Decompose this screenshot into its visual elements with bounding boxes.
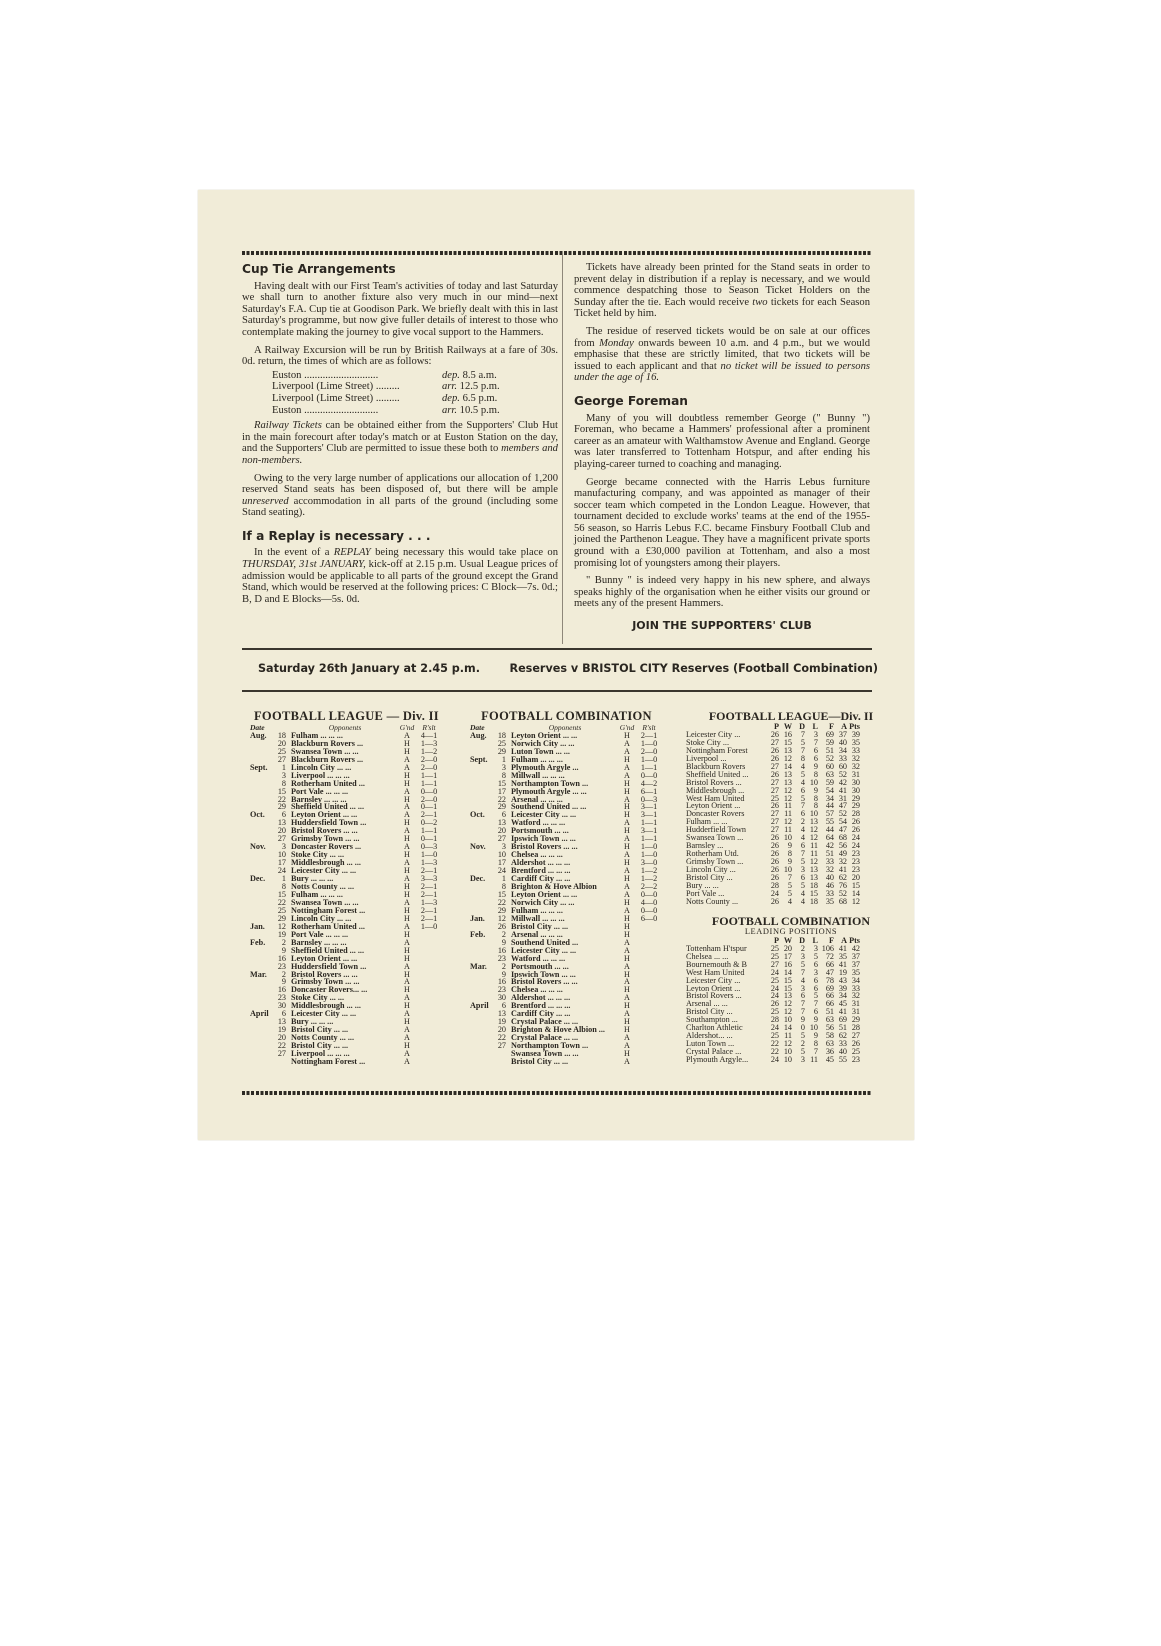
foreman-para-1: Many of you will doubtless remember Geor…	[574, 413, 870, 471]
fixture-month	[250, 899, 272, 907]
fixture-row: Dec.1Cardiff City ... ...H1—2	[470, 875, 663, 883]
combination-table-title: FOOTBALL COMBINATION	[686, 918, 896, 926]
foreman-para-2: George became connected with the Harris …	[574, 477, 870, 570]
stat-value: 23	[847, 1056, 860, 1064]
fixture-date: Saturday 26th January at 2.45 p.m.	[258, 662, 480, 675]
replay-para: In the event of a REPLAY being necessary…	[242, 547, 558, 605]
fixture-opponent: Leicester City ... ...	[511, 811, 619, 819]
fixture-month	[250, 859, 272, 867]
fixture-opponent: Brentford ... ... ...	[511, 1002, 619, 1010]
replay-text-a: In the event of a	[254, 547, 334, 558]
team-name: Fulham ... ...	[686, 818, 766, 826]
fixture-month: Jan.	[470, 915, 492, 923]
fixture-month: Mar.	[470, 963, 492, 971]
fixture-opponent: Southend United ...	[511, 939, 619, 947]
fixture-result	[635, 986, 663, 994]
cup-tie-para-1: Having dealt with our First Team's activ…	[242, 281, 558, 339]
fixture-opponent: Grimsby Town ... ...	[291, 978, 399, 986]
fixture-opponent: Norwich City ... ...	[511, 899, 619, 907]
fixture-result	[415, 931, 443, 939]
fixture-row: Feb.2Barnsley ... ... ...A	[250, 939, 443, 947]
fixture-result	[415, 994, 443, 1002]
fixture-row: Swansea Town ... ...H	[470, 1050, 663, 1058]
fixture-month	[250, 748, 272, 756]
fixture-month	[470, 1058, 492, 1066]
fixture-opponent: Brighton & Hove Albion ...	[511, 1026, 619, 1034]
fixture-result	[415, 963, 443, 971]
team-name: Southampton ...	[686, 1016, 766, 1024]
league-fixtures-table: FOOTBALL LEAGUE — Div. II Date Opponents…	[250, 713, 443, 1066]
fixture-month	[470, 939, 492, 947]
team-name: Bristol Rovers ...	[686, 992, 766, 1000]
team-header	[686, 937, 766, 945]
fixture-result	[415, 978, 443, 986]
fixture-month: Jan.	[250, 923, 272, 931]
dep-arr: arr.	[442, 405, 460, 416]
team-name: Doncaster Rovers	[686, 810, 766, 818]
fixture-row: 27Ipswich Town ... ...A1—1	[470, 835, 663, 843]
team-name: Crystal Palace ...	[686, 1048, 766, 1056]
team-name: Leyton Orient ...	[686, 985, 766, 993]
fixture-result	[415, 1042, 443, 1050]
fixture-opponent: Swansea Town ... ...	[291, 899, 399, 907]
table-row: Plymouth Argyle...2410311455523	[686, 1056, 896, 1064]
fixture-month: April	[470, 1002, 492, 1010]
fixture-result	[415, 1050, 443, 1058]
fixture-opponent: Rotherham United ...	[291, 780, 399, 788]
fixture-opponent: Plymouth Argyle ... ...	[511, 788, 619, 796]
fixture-opponent: Northampton Town ...	[511, 1042, 619, 1050]
timetable-row: Euston ............................arr. …	[272, 405, 512, 417]
fixture-opponent: Doncaster Rovers ...	[291, 843, 399, 851]
fixture-opponent: Bristol City ... ...	[291, 1042, 399, 1050]
allocation-italic: unreserved	[242, 496, 289, 507]
fixture-result	[635, 939, 663, 947]
fixture-month	[250, 796, 272, 804]
fixture-opponent: Chelsea ... ... ...	[511, 851, 619, 859]
station: Liverpool (Lime Street) .........	[272, 381, 400, 393]
fixture-opponent: Arsenal ... ... ...	[511, 931, 619, 939]
fixture-month	[250, 1018, 272, 1026]
fixture-month	[250, 851, 272, 859]
fixture-opponent: Nottingham Forest ...	[291, 907, 399, 915]
fixture-month: Oct.	[470, 811, 492, 819]
fixture-result	[415, 1018, 443, 1026]
table-row: Notts County ...264418356812	[686, 898, 896, 906]
fixture-month	[250, 955, 272, 963]
fixture-opponent: Barnsley ... ... ...	[291, 796, 399, 804]
fixture-month: Mar.	[250, 971, 272, 979]
fixture-result	[415, 1058, 443, 1066]
fixture-match: Reserves v BRISTOL CITY Reserves (Footba…	[509, 662, 878, 675]
fixture-opponent: Chelsea ... ... ...	[511, 986, 619, 994]
railway-tickets-para: Railway Tickets can be obtained either f…	[242, 420, 558, 466]
fixture-month	[250, 1058, 272, 1066]
timetable-row: Euston ............................dep. …	[272, 370, 512, 382]
fixture-month: Dec.	[250, 875, 272, 883]
team-name: West Ham United	[686, 795, 766, 803]
team-name: Plymouth Argyle...	[686, 1056, 766, 1064]
fixture-month	[250, 947, 272, 955]
fixture-result: 6—0	[635, 915, 663, 923]
fixture-result	[635, 1026, 663, 1034]
residue-italic: Monday	[599, 338, 634, 349]
combination-table: FOOTBALL COMBINATION LEADING POSITIONS P…	[686, 918, 896, 1064]
team-name: Notts County ...	[686, 898, 766, 906]
fixture-row: 27Liverpool ... ... ...A	[250, 1050, 443, 1058]
fixture-opponent: Nottingham Forest ...	[291, 1058, 399, 1066]
league-table-title: FOOTBALL LEAGUE—Div. II	[686, 713, 896, 721]
team-name: Arsenal ... ...	[686, 1000, 766, 1008]
fixture-month	[250, 907, 272, 915]
combination-table-subtitle: LEADING POSITIONS	[686, 928, 896, 936]
fixture-month	[470, 859, 492, 867]
team-name: Luton Town ...	[686, 1040, 766, 1048]
fixture-row: 3Liverpool ... ... ...H1—1	[250, 772, 443, 780]
fixture-result	[415, 947, 443, 955]
fixture-result	[635, 1002, 663, 1010]
fixture-ground: A	[399, 1058, 415, 1066]
fixture-day: 27	[272, 1050, 286, 1058]
fixture-opponent: Fulham ... ... ...	[291, 891, 399, 899]
fixture-opponent: Bristol Rovers ... ...	[291, 971, 399, 979]
fixture-row: Feb.2Arsenal ... ... ...H	[470, 931, 663, 939]
fixture-opponent: Lincoln City ... ...	[291, 915, 399, 923]
fixture-month	[470, 947, 492, 955]
team-name: Port Vale ...	[686, 890, 766, 898]
fixture-month	[250, 891, 272, 899]
combination-fixtures-title: FOOTBALL COMBINATION	[470, 713, 663, 721]
fixture-result	[635, 1018, 663, 1026]
fixture-row: 29Sheffield United ... ...A0—1	[250, 803, 443, 811]
fixture-result	[635, 955, 663, 963]
fixture-month	[250, 1050, 272, 1058]
fixture-opponent: Watford ... ... ...	[511, 819, 619, 827]
departure-time: arr. 10.5 p.m.	[442, 405, 512, 417]
departure-time: dep. 6.5 p.m.	[442, 393, 512, 405]
dep-arr: dep.	[442, 370, 463, 381]
fixture-opponent: Bristol Rovers ... ...	[511, 978, 619, 986]
fixture-opponent: Cardiff City ... ...	[511, 875, 619, 883]
team-name: West Ham United	[686, 969, 766, 977]
fixture-row: Sept.1Lincoln City ... ...A2—0	[250, 764, 443, 772]
fixture-opponent: Bristol Rovers ... ...	[291, 827, 399, 835]
fixture-month: Feb.	[250, 939, 272, 947]
fixture-opponent: Fulham ... ... ...	[291, 732, 399, 740]
fixture-opponent: Port Vale ... ... ...	[291, 788, 399, 796]
fixture-month	[470, 740, 492, 748]
fixture-opponent: Swansea Town ... ...	[291, 748, 399, 756]
fixture-opponent: Crystal Palace ... ...	[511, 1018, 619, 1026]
fixture-month: Dec.	[470, 875, 492, 883]
team-name: Aldershot... ...	[686, 1032, 766, 1040]
team-name: Barnsley ...	[686, 842, 766, 850]
fixture-opponent: Barnsley ... ... ...	[291, 939, 399, 947]
fixture-opponent: Portsmouth ... ...	[511, 963, 619, 971]
fixture-opponent: Blackburn Rovers ...	[291, 756, 399, 764]
foreman-para-3: " Bunny " is indeed very happy in his ne…	[574, 575, 870, 610]
fixture-row: 30Middlesbrough ... ...H	[250, 1002, 443, 1010]
stat-value: 18	[805, 898, 818, 906]
allocation-para: Owing to the very large number of applic…	[242, 473, 558, 519]
fixture-month	[470, 772, 492, 780]
stat-value: 55	[834, 1056, 847, 1064]
fixture-day	[272, 1058, 286, 1066]
fixture-month	[250, 780, 272, 788]
team-name: Bristol City ...	[686, 874, 766, 882]
fixture-month	[250, 1034, 272, 1042]
fixture-ground: A	[619, 1058, 635, 1066]
fixture-opponent: Leyton Orient ... ...	[511, 732, 619, 740]
fixture-month	[470, 796, 492, 804]
fixture-month	[470, 1042, 492, 1050]
team-name: Stoke City ...	[686, 739, 766, 747]
fixture-opponent: Leyton Orient ... ...	[291, 811, 399, 819]
fixture-banner: Saturday 26th January at 2.45 p.m. Reser…	[258, 662, 878, 675]
replay-heading: If a Replay is necessary . . .	[242, 531, 558, 543]
fixture-result	[415, 971, 443, 979]
fixture-row: Dec.1Bury ... ... ...A3—3	[250, 875, 443, 883]
allocation-text-a: Owing to the very large number of applic…	[242, 473, 558, 496]
fixture-month: Sept.	[250, 764, 272, 772]
fixture-month	[470, 986, 492, 994]
fixture-month: April	[250, 1010, 272, 1018]
tickets-italic: two	[752, 297, 767, 308]
league-fixtures-title: FOOTBALL LEAGUE — Div. II	[250, 713, 443, 721]
fixture-month	[470, 827, 492, 835]
fixture-month	[250, 978, 272, 986]
fixture-opponent: Cardiff City ... ...	[511, 1010, 619, 1018]
allocation-text-b: accommodation in all parts of the ground…	[242, 496, 558, 519]
fixture-result	[415, 1034, 443, 1042]
fixture-month	[470, 764, 492, 772]
fixture-day: 27	[492, 1042, 506, 1050]
league-tables: FOOTBALL LEAGUE—Div. II PWDLFAPtsLeicest…	[686, 713, 896, 1064]
fixture-month	[470, 851, 492, 859]
fixture-opponent: Sheffield United ... ...	[291, 947, 399, 955]
fixture-row: 19Port Vale ... ... ...H	[250, 931, 443, 939]
header-opponents: Opponents	[291, 724, 399, 732]
departure-time: dep. 8.5 a.m.	[442, 370, 512, 382]
fixture-month	[250, 986, 272, 994]
fixture-opponent: Leicester City ... ...	[291, 1010, 399, 1018]
team-name: Chelsea ... ...	[686, 953, 766, 961]
fixture-opponent: Ipswich Town ... ...	[511, 971, 619, 979]
fixture-month	[250, 772, 272, 780]
replay-date: THURSDAY, 31st JANUARY,	[242, 559, 366, 570]
fixture-row: Mar.2Portsmouth ... ...A	[470, 963, 663, 971]
fixture-opponent: Notts County ... ...	[291, 883, 399, 891]
fixture-row: 29Southend United ... ...H3—1	[470, 803, 663, 811]
right-article-column: Tickets have already been printed for th…	[574, 262, 870, 632]
fixture-opponent: Crystal Palace ... ...	[511, 1034, 619, 1042]
fixture-result	[415, 955, 443, 963]
fixture-month: Aug.	[470, 732, 492, 740]
fixture-month: Sept.	[470, 756, 492, 764]
fixture-opponent: Brighton & Hove Albion	[511, 883, 619, 891]
fixture-result	[635, 947, 663, 955]
fixture-row: 27Blackburn Rovers ...A2—0	[250, 756, 443, 764]
fixture-month	[250, 740, 272, 748]
team-name: Blackburn Rovers	[686, 763, 766, 771]
fixture-result	[635, 963, 663, 971]
team-name: Bournemouth & B	[686, 961, 766, 969]
stat-value: 12	[847, 898, 860, 906]
fixture-opponent: Bristol City ... ...	[511, 923, 619, 931]
station: Euston ............................	[272, 405, 378, 417]
fixture-row: 23Huddersfield Town ...A	[250, 963, 443, 971]
fixture-opponent: Bristol City ... ...	[291, 1026, 399, 1034]
stat-value: 26	[766, 898, 779, 906]
fixture-month	[470, 883, 492, 891]
header-opponents: Opponents	[511, 724, 619, 732]
team-name: Leicester City ...	[686, 977, 766, 985]
fixture-opponent: Middlesbrough ... ...	[291, 1002, 399, 1010]
team-name: Hudderfield Town	[686, 826, 766, 834]
fixture-row: 27Northampton Town ...A	[470, 1042, 663, 1050]
fixture-month	[470, 788, 492, 796]
fixture-opponent: Portsmouth ... ...	[511, 827, 619, 835]
replay-text-b: being necessary this would take place on	[371, 547, 558, 558]
stat-value: 11	[805, 1056, 818, 1064]
fixture-row: 29Luton Town ... ...A2—0	[470, 748, 663, 756]
fixture-row: Mar.2Bristol Rovers ... ...H	[250, 971, 443, 979]
fixture-opponent: Huddersfield Town ...	[291, 819, 399, 827]
fixture-result	[635, 1058, 663, 1066]
left-article-column: Cup Tie Arrangements Having dealt with o…	[242, 262, 558, 611]
dep-arr: arr.	[442, 381, 460, 392]
fixture-row: 26Bristol City ... ...H	[470, 923, 663, 931]
fixture-result	[415, 1010, 443, 1018]
fixture-month	[470, 1010, 492, 1018]
fixture-month	[470, 780, 492, 788]
fixture-result	[415, 1002, 443, 1010]
fixture-opponent: Ipswich Town ... ...	[511, 835, 619, 843]
fixture-opponent: Grimsby Town ... ...	[291, 835, 399, 843]
fixture-opponent: Arsenal ... ... ...	[511, 796, 619, 804]
fixture-month	[470, 1050, 492, 1058]
team-name: Middlesbrough ...	[686, 787, 766, 795]
team-name: Tottenham H'tspur	[686, 945, 766, 953]
fixture-result	[635, 978, 663, 986]
fixture-day	[492, 1058, 506, 1066]
fixture-opponent: Aldershot ... ... ...	[511, 859, 619, 867]
tickets-para-2: The residue of reserved tickets would be…	[574, 326, 870, 384]
fixture-row: Nottingham Forest ...A	[250, 1058, 443, 1066]
fixture-row: 30Aldershot ... ... ...A	[470, 994, 663, 1002]
fixture-result	[635, 1034, 663, 1042]
stat-value: 35	[818, 898, 834, 906]
team-name: Swansea Town ...	[686, 834, 766, 842]
fixture-month	[470, 1034, 492, 1042]
fixture-month	[470, 971, 492, 979]
fixture-opponent: Swansea Town ... ...	[511, 1050, 619, 1058]
fixture-opponent: Norwich City ... ...	[511, 740, 619, 748]
dep-arr: dep.	[442, 393, 463, 404]
fixture-result	[635, 931, 663, 939]
team-name: Leyton Orient ...	[686, 802, 766, 810]
departure-time: arr. 12.5 p.m.	[442, 381, 512, 393]
combination-fixtures-table: FOOTBALL COMBINATION Date Opponents G'nd…	[470, 713, 663, 1066]
fixture-opponent: Middlesbrough ... ...	[291, 859, 399, 867]
fixture-row: 27Grimsby Town ... ...H0—1	[250, 835, 443, 843]
fixture-opponent: Huddersfield Town ...	[291, 963, 399, 971]
fixture-result	[635, 994, 663, 1002]
fixture-opponent: Northampton Town ...	[511, 780, 619, 788]
column-divider	[562, 254, 563, 644]
fixture-opponent: Southend United ... ...	[511, 803, 619, 811]
fixture-month	[250, 827, 272, 835]
fixture-opponent: Bristol City ... ...	[511, 1058, 619, 1066]
fixture-opponent: Fulham ... ... ...	[511, 756, 619, 764]
fixture-month: Nov.	[250, 843, 272, 851]
station: Euston ............................	[272, 370, 378, 382]
join-supporters-club: JOIN THE SUPPORTERS' CLUB	[574, 620, 870, 632]
fixture-result	[635, 1010, 663, 1018]
fixture-opponent: Rotherham United ...	[291, 923, 399, 931]
fixture-result	[635, 1042, 663, 1050]
fixture-row: 24Brentford ... ... ...A1—2	[470, 867, 663, 875]
fixture-result	[415, 1026, 443, 1034]
fixture-row: Sept.1Fulham ... ... ...H1—0	[470, 756, 663, 764]
fixture-opponent: Millwall ... ... ...	[511, 915, 619, 923]
fixture-opponent: Leicester City ... ...	[291, 867, 399, 875]
section-rule-top	[242, 648, 872, 650]
foreman-heading: George Foreman	[574, 396, 870, 408]
fixture-month	[470, 819, 492, 827]
fixture-opponent: Doncaster Rovers... ...	[291, 986, 399, 994]
fixture-opponent: Blackburn Rovers ...	[291, 740, 399, 748]
fixture-opponent: Leicester City ... ...	[511, 947, 619, 955]
fixture-opponent: Plymouth Argyle ...	[511, 764, 619, 772]
fixture-opponent: Brentford ... ... ...	[511, 867, 619, 875]
team-name: Bury ... ...	[686, 882, 766, 890]
fixture-result	[635, 971, 663, 979]
fixture-opponent: Bristol Rovers ... ...	[511, 843, 619, 851]
railway-tickets-label: Railway Tickets	[254, 420, 322, 431]
fixture-opponent: Notts County ... ...	[291, 1034, 399, 1042]
fixture-opponent: Lincoln City ... ...	[291, 764, 399, 772]
fixture-month	[250, 1042, 272, 1050]
replay-italic-a: REPLAY	[334, 547, 371, 558]
dotted-border-top	[242, 251, 872, 255]
programme-page: Cup Tie Arrangements Having dealt with o…	[198, 190, 914, 1140]
fixture-opponent: Stoke City ... ...	[291, 851, 399, 859]
fixture-opponent: Fulham ... ... ...	[511, 907, 619, 915]
cup-tie-para-2: A Railway Excursion will be run by Briti…	[242, 345, 558, 368]
fixture-month	[470, 891, 492, 899]
fixture-opponent: Watford ... ... ...	[511, 955, 619, 963]
fixture-opponent: Stoke City ... ...	[291, 994, 399, 1002]
team-name: Lincoln City ...	[686, 866, 766, 874]
fixture-month: Aug.	[250, 732, 272, 740]
fixture-month	[250, 788, 272, 796]
fixture-opponent: Leyton Orient ... ...	[291, 955, 399, 963]
timetable-row: Liverpool (Lime Street) .........arr. 12…	[272, 381, 512, 393]
stat-value: 45	[818, 1056, 834, 1064]
section-rule-bottom	[242, 690, 872, 692]
fixture-month: Feb.	[470, 931, 492, 939]
stat-value: 4	[779, 898, 792, 906]
fixture-opponent: Luton Town ... ...	[511, 748, 619, 756]
team-name: Nottingham Forest	[686, 747, 766, 755]
team-name: Liverpool ...	[686, 755, 766, 763]
fixture-result	[415, 939, 443, 947]
fixture-opponent: Aldershot ... ... ...	[511, 994, 619, 1002]
fixture-month	[470, 978, 492, 986]
fixture-month: Oct.	[250, 811, 272, 819]
team-name: Grimsby Town ...	[686, 858, 766, 866]
